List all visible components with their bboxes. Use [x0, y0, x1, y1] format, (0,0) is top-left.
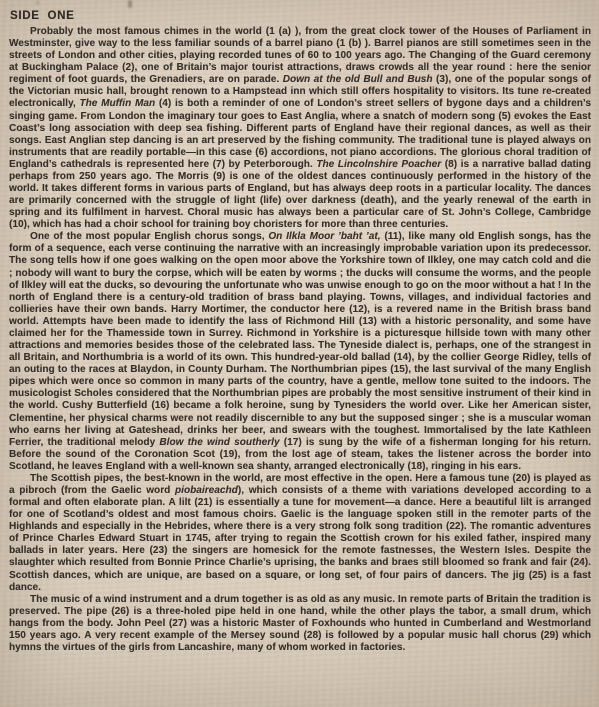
paragraph-3: The Scottish pipes, the best-known in th…: [9, 473, 591, 594]
paragraph-1: Probably the most famous chimes in the w…: [9, 26, 591, 231]
body-text: The music of a wind instrument and a dru…: [9, 594, 591, 653]
liner-notes-text: Probably the most famous chimes in the w…: [9, 26, 591, 654]
song-title-italic: piobaireachd: [175, 485, 238, 496]
paragraph-2: One of the most popular English chorus s…: [9, 231, 591, 473]
song-title-italic: Down at the old Bull and Bush: [283, 74, 433, 85]
song-title-italic: On Ilkla Moor ’baht ’at,: [268, 231, 380, 242]
side-one-heading: SIDE ONE: [10, 10, 591, 22]
body-text: ), which consists of a theme with variat…: [9, 485, 591, 593]
paragraph-4: The music of a wind instrument and a dru…: [9, 594, 591, 654]
song-title-italic: The Lincolnshire Poacher: [316, 159, 441, 170]
liner-notes: SIDE ONE Probably the most famous chimes…: [0, 0, 599, 654]
body-text: One of the most popular English chorus s…: [30, 231, 268, 242]
song-title-italic: Blow the wind southerly: [159, 437, 279, 448]
body-text: (11), like many old English songs, has t…: [9, 231, 591, 447]
record-sleeve-back: SIDE ONE Probably the most famous chimes…: [0, 0, 599, 707]
song-title-italic: The Muffin Man: [79, 98, 155, 109]
